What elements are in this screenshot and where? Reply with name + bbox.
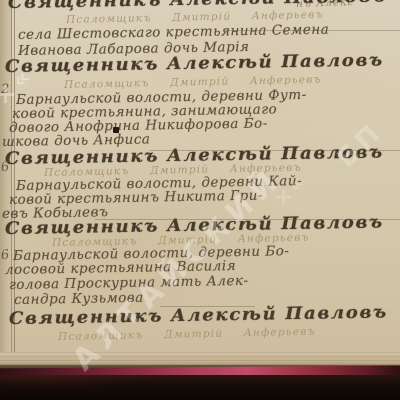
manuscript-photo: нъ Алекс Священникъ Алексѣй Павловъ Псал… bbox=[0, 0, 400, 400]
entry-number: 2 bbox=[1, 82, 9, 97]
book-cover-black-band bbox=[0, 375, 400, 400]
separator-line bbox=[150, 150, 400, 151]
separator-line bbox=[95, 219, 400, 220]
separator-line bbox=[160, 306, 255, 307]
ink-blot bbox=[113, 127, 119, 133]
separator-line bbox=[225, 30, 400, 31]
handwriting-line: Псаломщикъ Дмитрій Анферьевъ bbox=[58, 326, 316, 343]
handwriting-line: сандра Кузьмова bbox=[14, 290, 144, 308]
